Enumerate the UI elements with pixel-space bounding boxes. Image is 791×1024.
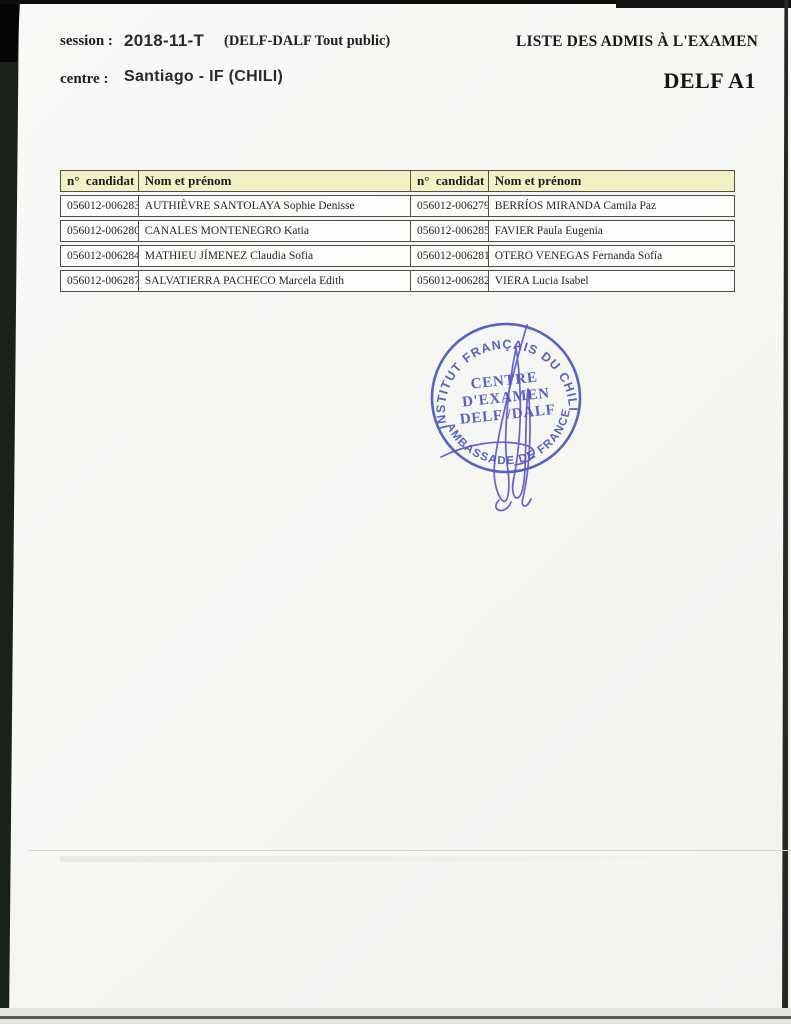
scan-edge-bottom-line [0,1016,791,1019]
session-value: 2018-11-T [124,31,204,51]
candidate-number: 056012-006287 [61,271,138,291]
scan-edge-right [782,0,788,1024]
candidate-number: 056012-006282 [410,271,488,291]
candidate-number: 056012-006281 [410,246,488,266]
candidate-name: AUTHIÈVRE SANTOLAYA Sophie Denisse [138,196,410,216]
header-candidate-number-right: n° candidat [410,171,488,191]
scan-smudge-shadow [60,856,760,862]
candidate-name: CANALES MONTENEGRO Katia [138,221,410,241]
table-row: 056012-006284 MATHIEU JÍMENEZ Claudia So… [60,245,735,267]
stamp-graphic: INSTITUT FRANÇAIS DU CHILI AMBASSADE DE … [403,295,615,527]
candidate-name: MATHIEU JÍMENEZ Claudia Sofia [138,246,410,266]
admitted-candidates-table: n° candidat Nom et prénom n° candidat No… [60,170,735,295]
table-row: 056012-006280 CANALES MONTENEGRO Katia 0… [60,220,735,242]
scan-edge-left-dark [0,0,20,62]
candidate-number: 056012-006280 [61,221,138,241]
centre-label: centre : [60,71,108,88]
table-row: 056012-006287 SALVATIERRA PACHECO Marcel… [60,270,735,292]
scan-edge-left [0,0,20,1024]
exam-level-title: DELF A1 [560,68,756,94]
session-label: session : [60,33,113,50]
candidate-number: 056012-006284 [61,246,138,266]
candidate-number: 056012-006285 [410,221,488,241]
header-candidate-number-left: n° candidat [61,171,138,191]
table-header-row: n° candidat Nom et prénom n° candidat No… [60,170,735,192]
scan-smudge-line [28,850,791,851]
header-name-right: Nom et prénom [488,171,734,191]
centre-value: Santiago - IF (CHILI) [124,68,283,86]
candidate-name: OTERO VENEGAS Fernanda Sofía [488,246,734,266]
candidate-number: 056012-006279 [410,196,488,216]
session-note: (DELF-DALF Tout public) [224,33,390,50]
scan-edge-top-right [616,0,791,8]
candidate-name: VIERA Lucia Isabel [488,271,734,291]
document-title: LISTE DES ADMIS À L'EXAMEN [440,33,758,51]
header-name-left: Nom et prénom [138,171,410,191]
scanned-document-page: session : 2018-11-T (DELF-DALF Tout publ… [0,0,791,1024]
candidate-name: FAVIER Paula Eugenia [488,221,734,241]
candidate-name: SALVATIERRA PACHECO Marcela Edith [138,271,410,291]
official-stamp: INSTITUT FRANÇAIS DU CHILI AMBASSADE DE … [403,295,615,527]
table-row: 056012-006283 AUTHIÈVRE SANTOLAYA Sophie… [60,195,735,217]
candidate-name: BERRÍOS MIRANDA Camila Paz [488,196,734,216]
candidate-number: 056012-006283 [61,196,138,216]
